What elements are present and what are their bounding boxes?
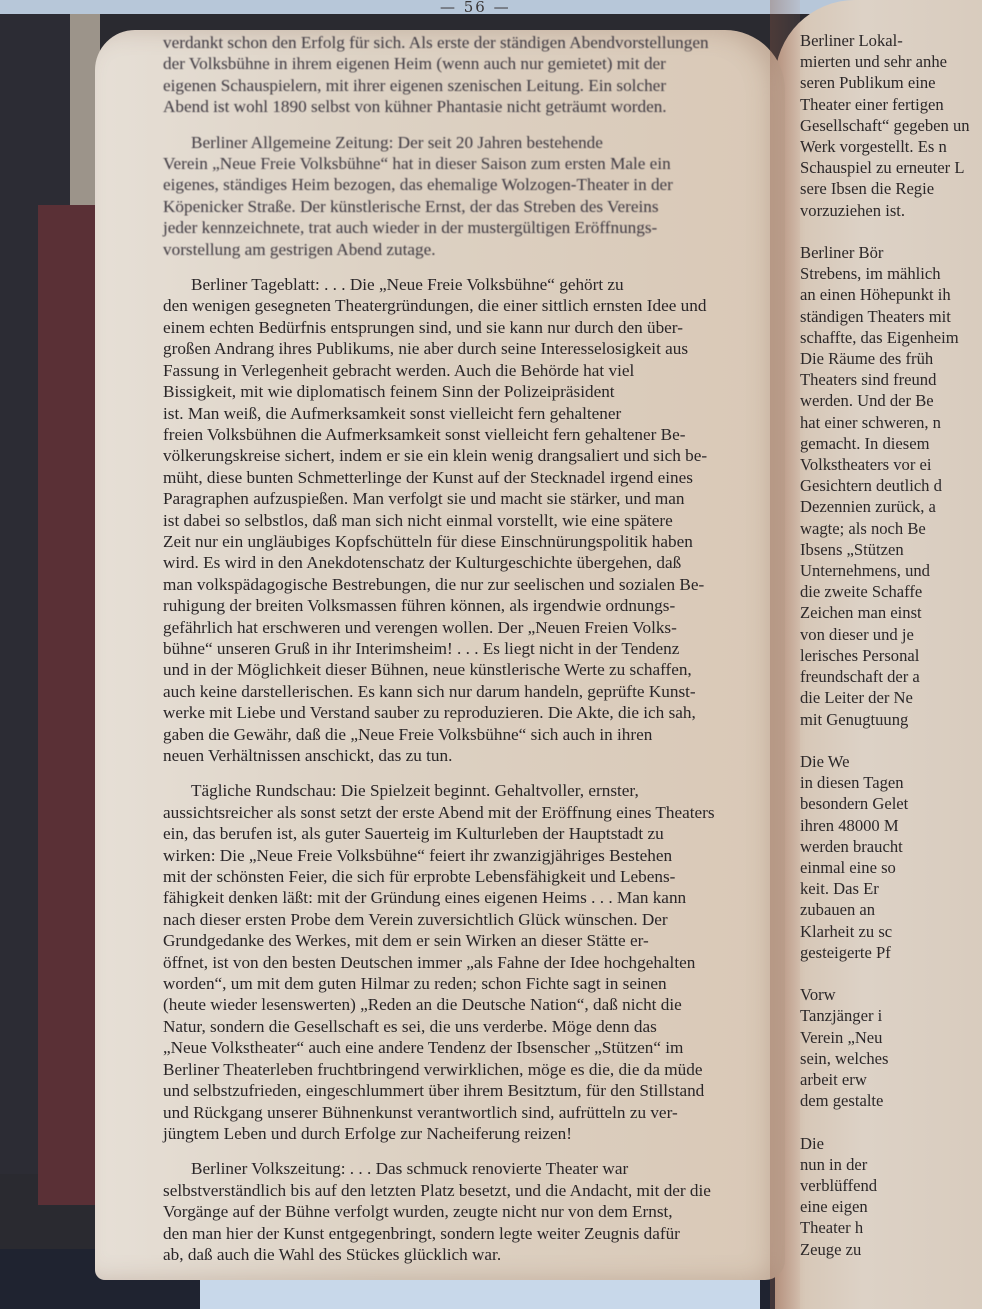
text-line: mit der schönsten Feier, die sich für er… (135, 866, 785, 887)
text-line: Vorw (800, 984, 982, 1005)
text-line: Werk vorgestellt. Es n (800, 136, 982, 157)
text-line: auch keine darstellerischen. Es kann sic… (135, 681, 785, 702)
text-line: und in der Möglichkeit dieser Bühnen, ne… (135, 659, 785, 680)
text-line: Tägliche Rundschau: Die Spielzeit beginn… (135, 780, 785, 801)
text-line: Berliner Tageblatt: . . . Die „Neue Frei… (135, 274, 785, 295)
text-line: selbstverständlich bis auf den letzten P… (135, 1180, 785, 1201)
article-paragraph: Berliner Tageblatt: . . . Die „Neue Frei… (135, 274, 785, 766)
text-line: freien Volksbühnen die Aufmerksamkeit so… (135, 424, 785, 445)
text-line: nun in der (800, 1154, 982, 1175)
text-line (800, 1111, 982, 1132)
text-line: Grundgedanke des Werkes, mit dem er sein… (135, 930, 785, 951)
text-line: Schauspiel zu erneuter L (800, 157, 982, 178)
text-line: Verein „Neue Freie Volksbühne“ hat in di… (135, 153, 785, 174)
text-line: dem gestalte (800, 1090, 982, 1111)
text-line: jeder kennzeichnete, trat auch wieder in… (135, 217, 785, 238)
text-line: Köpenicker Straße. Der künstlerische Ern… (135, 196, 785, 217)
text-line: ist dabei so selbstlos, daß man sich nic… (135, 510, 785, 531)
text-line: gefährlich hat erschweren und verengen w… (135, 617, 785, 638)
book-cover-red (38, 205, 98, 1205)
text-line: werden braucht (800, 836, 982, 857)
text-line: Strebens, im mählich (800, 263, 982, 284)
text-line: ein, das berufen ist, als guter Sauertei… (135, 823, 785, 844)
right-page-text-fragment: Berliner Lokal-mierten und sehr anhesere… (800, 30, 982, 1260)
page-number: — 56 — (440, 0, 511, 16)
text-line: eigenen Schauspielern, mit ihrer eigenen… (135, 75, 785, 96)
text-line: Berliner Volkszeitung: . . . Das schmuck… (135, 1158, 785, 1179)
text-line: Theater einer fertigen (800, 94, 982, 115)
left-page-text: verdankt schon den Erfolg für sich. Als … (135, 32, 785, 1265)
text-line: (heute wieder lesenswerten) „Reden an di… (135, 994, 785, 1015)
text-line: müht, diese bunten Schmetterlinge der Ku… (135, 467, 785, 488)
text-line: „Neue Volkstheater“ auch eine andere Ten… (135, 1037, 785, 1058)
text-line: gesteigerte Pf (800, 942, 982, 963)
text-line: in diesen Tagen (800, 772, 982, 793)
text-line: seren Publikum eine (800, 72, 982, 93)
text-line: und Rückgang unserer Bühnenkunst verantw… (135, 1102, 785, 1123)
text-line: den man hier der Kunst entgegenbringt, s… (135, 1223, 785, 1244)
text-line: freundschaft der a (800, 666, 982, 687)
text-line: ruhigung der breiten Volksmassen führen … (135, 595, 785, 616)
text-line: Paragraphen aufzuspießen. Man verfolgt s… (135, 488, 785, 509)
text-line (800, 730, 982, 751)
text-line: die Leiter der Ne (800, 687, 982, 708)
text-line: ständigen Theaters mit (800, 306, 982, 327)
text-line: Berliner Lokal- (800, 30, 982, 51)
text-line: vorzuziehen ist. (800, 200, 982, 221)
text-line: gaben die Gewähr, daß die „Neue Freie Vo… (135, 724, 785, 745)
text-line: nach dieser ersten Probe dem Verein zuve… (135, 909, 785, 930)
article-paragraph: verdankt schon den Erfolg für sich. Als … (135, 32, 785, 118)
text-line: wird. Es wird in den Anekdotenschatz der… (135, 552, 785, 573)
text-line: Gesichtern deutlich d (800, 475, 982, 496)
text-line: verdankt schon den Erfolg für sich. Als … (135, 32, 785, 53)
text-line: Zeichen man einst (800, 602, 982, 623)
text-line: mierten und sehr anhe (800, 51, 982, 72)
text-line: den wenigen gesegneten Theatergründungen… (135, 295, 785, 316)
text-line: zubauen an (800, 899, 982, 920)
article-paragraph: Berliner Volkszeitung: . . . Das schmuck… (135, 1158, 785, 1265)
text-line: arbeit erw (800, 1069, 982, 1090)
text-line: Die (800, 1133, 982, 1154)
text-line: und selbstzufrieden, eingeschlummert übe… (135, 1080, 785, 1101)
text-line: völkerungskreise sichert, indem er sie e… (135, 445, 785, 466)
text-line: worden“, um mit dem guten Hilmar zu rede… (135, 973, 785, 994)
text-line: verblüffend (800, 1175, 982, 1196)
text-line: vorstellung am gestrigen Abend zutage. (135, 239, 785, 260)
text-line: wagte; als noch Be (800, 518, 982, 539)
text-line: Die We (800, 751, 982, 772)
text-line: fähigkeit denken läßt: mit der Gründung … (135, 887, 785, 908)
text-line: Berliner Bör (800, 242, 982, 263)
text-line: Volkstheaters vor ei (800, 454, 982, 475)
text-line: Zeit nur ein ungläubiges Kopfschütteln f… (135, 531, 785, 552)
text-line: Bissigkeit, mit wie diplomatisch feinem … (135, 381, 785, 402)
article-paragraph: Berliner Allgemeine Zeitung: Der seit 20… (135, 132, 785, 260)
text-line: lerisches Personal (800, 645, 982, 666)
text-line: werke mit Liebe und Verstand sauber zu r… (135, 702, 785, 723)
text-line: die zweite Schaffe (800, 581, 982, 602)
text-line: Verein „Neu (800, 1027, 982, 1048)
text-line: Klarheit zu sc (800, 921, 982, 942)
text-line: an einen Höhepunkt ih (800, 284, 982, 305)
text-line: Unternehmens, und (800, 560, 982, 581)
text-line: Die Räume des früh (800, 348, 982, 369)
text-line (800, 221, 982, 242)
text-line: eigenes, ständiges Heim bezogen, das ehe… (135, 174, 785, 195)
text-line: bühne“ unseren Gruß in ihr Interimsheim!… (135, 638, 785, 659)
text-line: schaffte, das Eigenheim (800, 327, 982, 348)
text-line: Tanzjänger i (800, 1005, 982, 1026)
text-line: der Volksbühne in ihrem eigenen Heim (we… (135, 53, 785, 74)
text-line: keit. Das Er (800, 878, 982, 899)
text-line: Theaters sind freund (800, 369, 982, 390)
text-line: aussichtsreicher als sonst setzt der ers… (135, 802, 785, 823)
text-line: von dieser und je (800, 624, 982, 645)
text-line: Dezennien zurück, a (800, 496, 982, 517)
text-line: Fassung in Verlegenheit gebracht werden.… (135, 360, 785, 381)
text-line: öffnet, ist von den besten Deutschen imm… (135, 952, 785, 973)
text-line: werden. Und der Be (800, 390, 982, 411)
text-line: sere Ibsen die Regie (800, 178, 982, 199)
article-paragraph: Tägliche Rundschau: Die Spielzeit beginn… (135, 780, 785, 1144)
text-line: Abend ist wohl 1890 selbst von kühner Ph… (135, 96, 785, 117)
text-line: ihren 48000 M (800, 815, 982, 836)
text-line: Ibsens „Stützen (800, 539, 982, 560)
text-line: man volkspädagogische Bestrebungen, die … (135, 574, 785, 595)
text-line: neuen Verhältnissen anschickt, das zu tu… (135, 745, 785, 766)
text-line: jüngtem Leben und durch Erfolge zur Nach… (135, 1123, 785, 1144)
text-line: ab, daß auch die Wahl des Stückes glückl… (135, 1244, 785, 1265)
text-line: mit Genugtuung (800, 709, 982, 730)
text-line: Berliner Theaterleben fruchtbringend ver… (135, 1059, 785, 1080)
text-line: Berliner Allgemeine Zeitung: Der seit 20… (135, 132, 785, 153)
text-line: Theater h (800, 1217, 982, 1238)
text-line: gemacht. In diesem (800, 433, 982, 454)
text-line: Zeuge zu (800, 1239, 982, 1260)
text-line: großen Andrang ihres Publikums, nie aber… (135, 338, 785, 359)
text-line: Vorgänge auf der Bühne verfolgt wurden, … (135, 1201, 785, 1222)
text-line: einmal eine so (800, 857, 982, 878)
text-line: ist. Man weiß, die Aufmerksamkeit sonst … (135, 403, 785, 424)
text-line: Gesellschaft“ gegeben un (800, 115, 982, 136)
text-line: einem echten Bedürfnis entsprungen sind,… (135, 317, 785, 338)
text-line: Natur, sondern die Gesellschaft es sei, … (135, 1016, 785, 1037)
text-line: hat einer schweren, n (800, 412, 982, 433)
text-line: sein, welches (800, 1048, 982, 1069)
text-line: wirken: Die „Neue Freie Volksbühne“ feie… (135, 845, 785, 866)
text-line: eine eigen (800, 1196, 982, 1217)
text-line: besondern Gelet (800, 793, 982, 814)
text-line (800, 963, 982, 984)
